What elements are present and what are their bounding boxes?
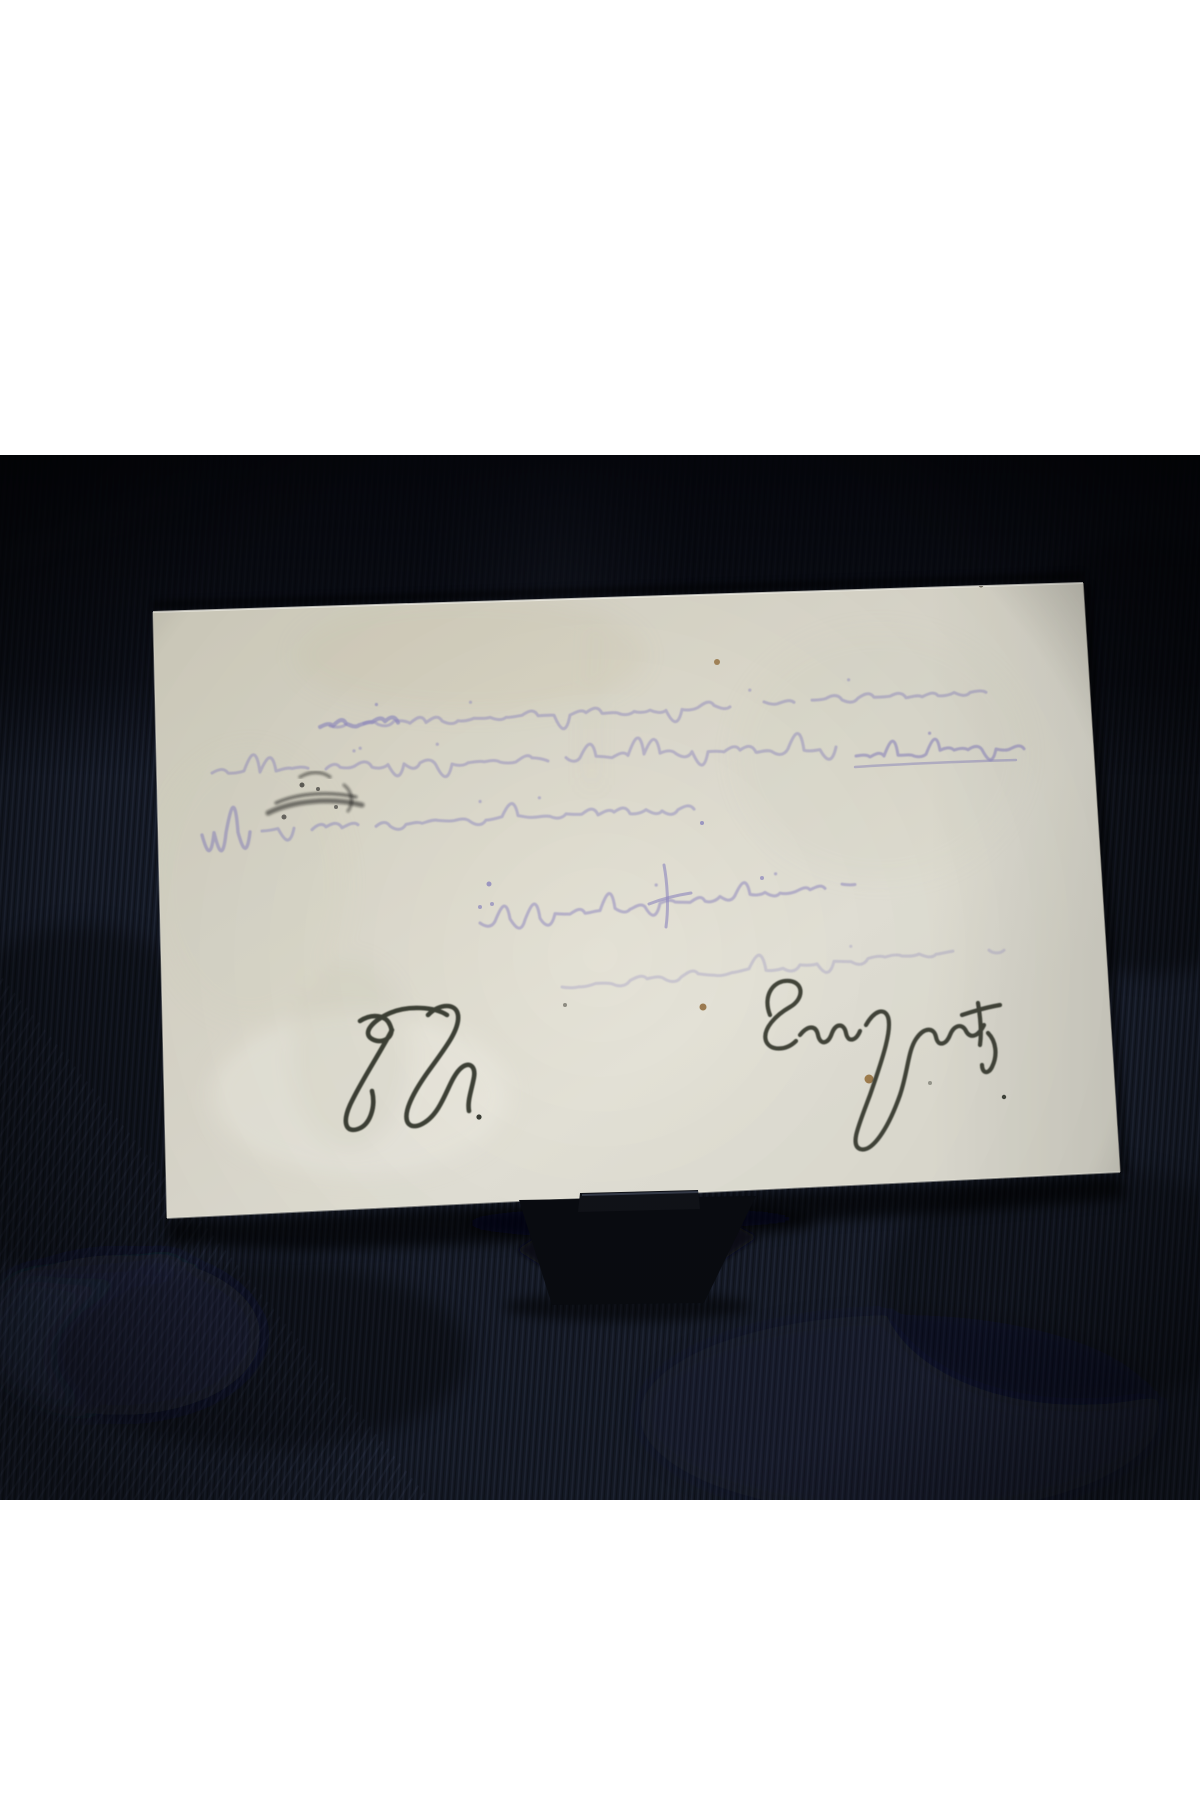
photograph bbox=[0, 455, 1200, 1500]
photo-vignette bbox=[0, 455, 1200, 1500]
photo-svg bbox=[0, 455, 1200, 1500]
scan-page bbox=[0, 0, 1200, 1800]
